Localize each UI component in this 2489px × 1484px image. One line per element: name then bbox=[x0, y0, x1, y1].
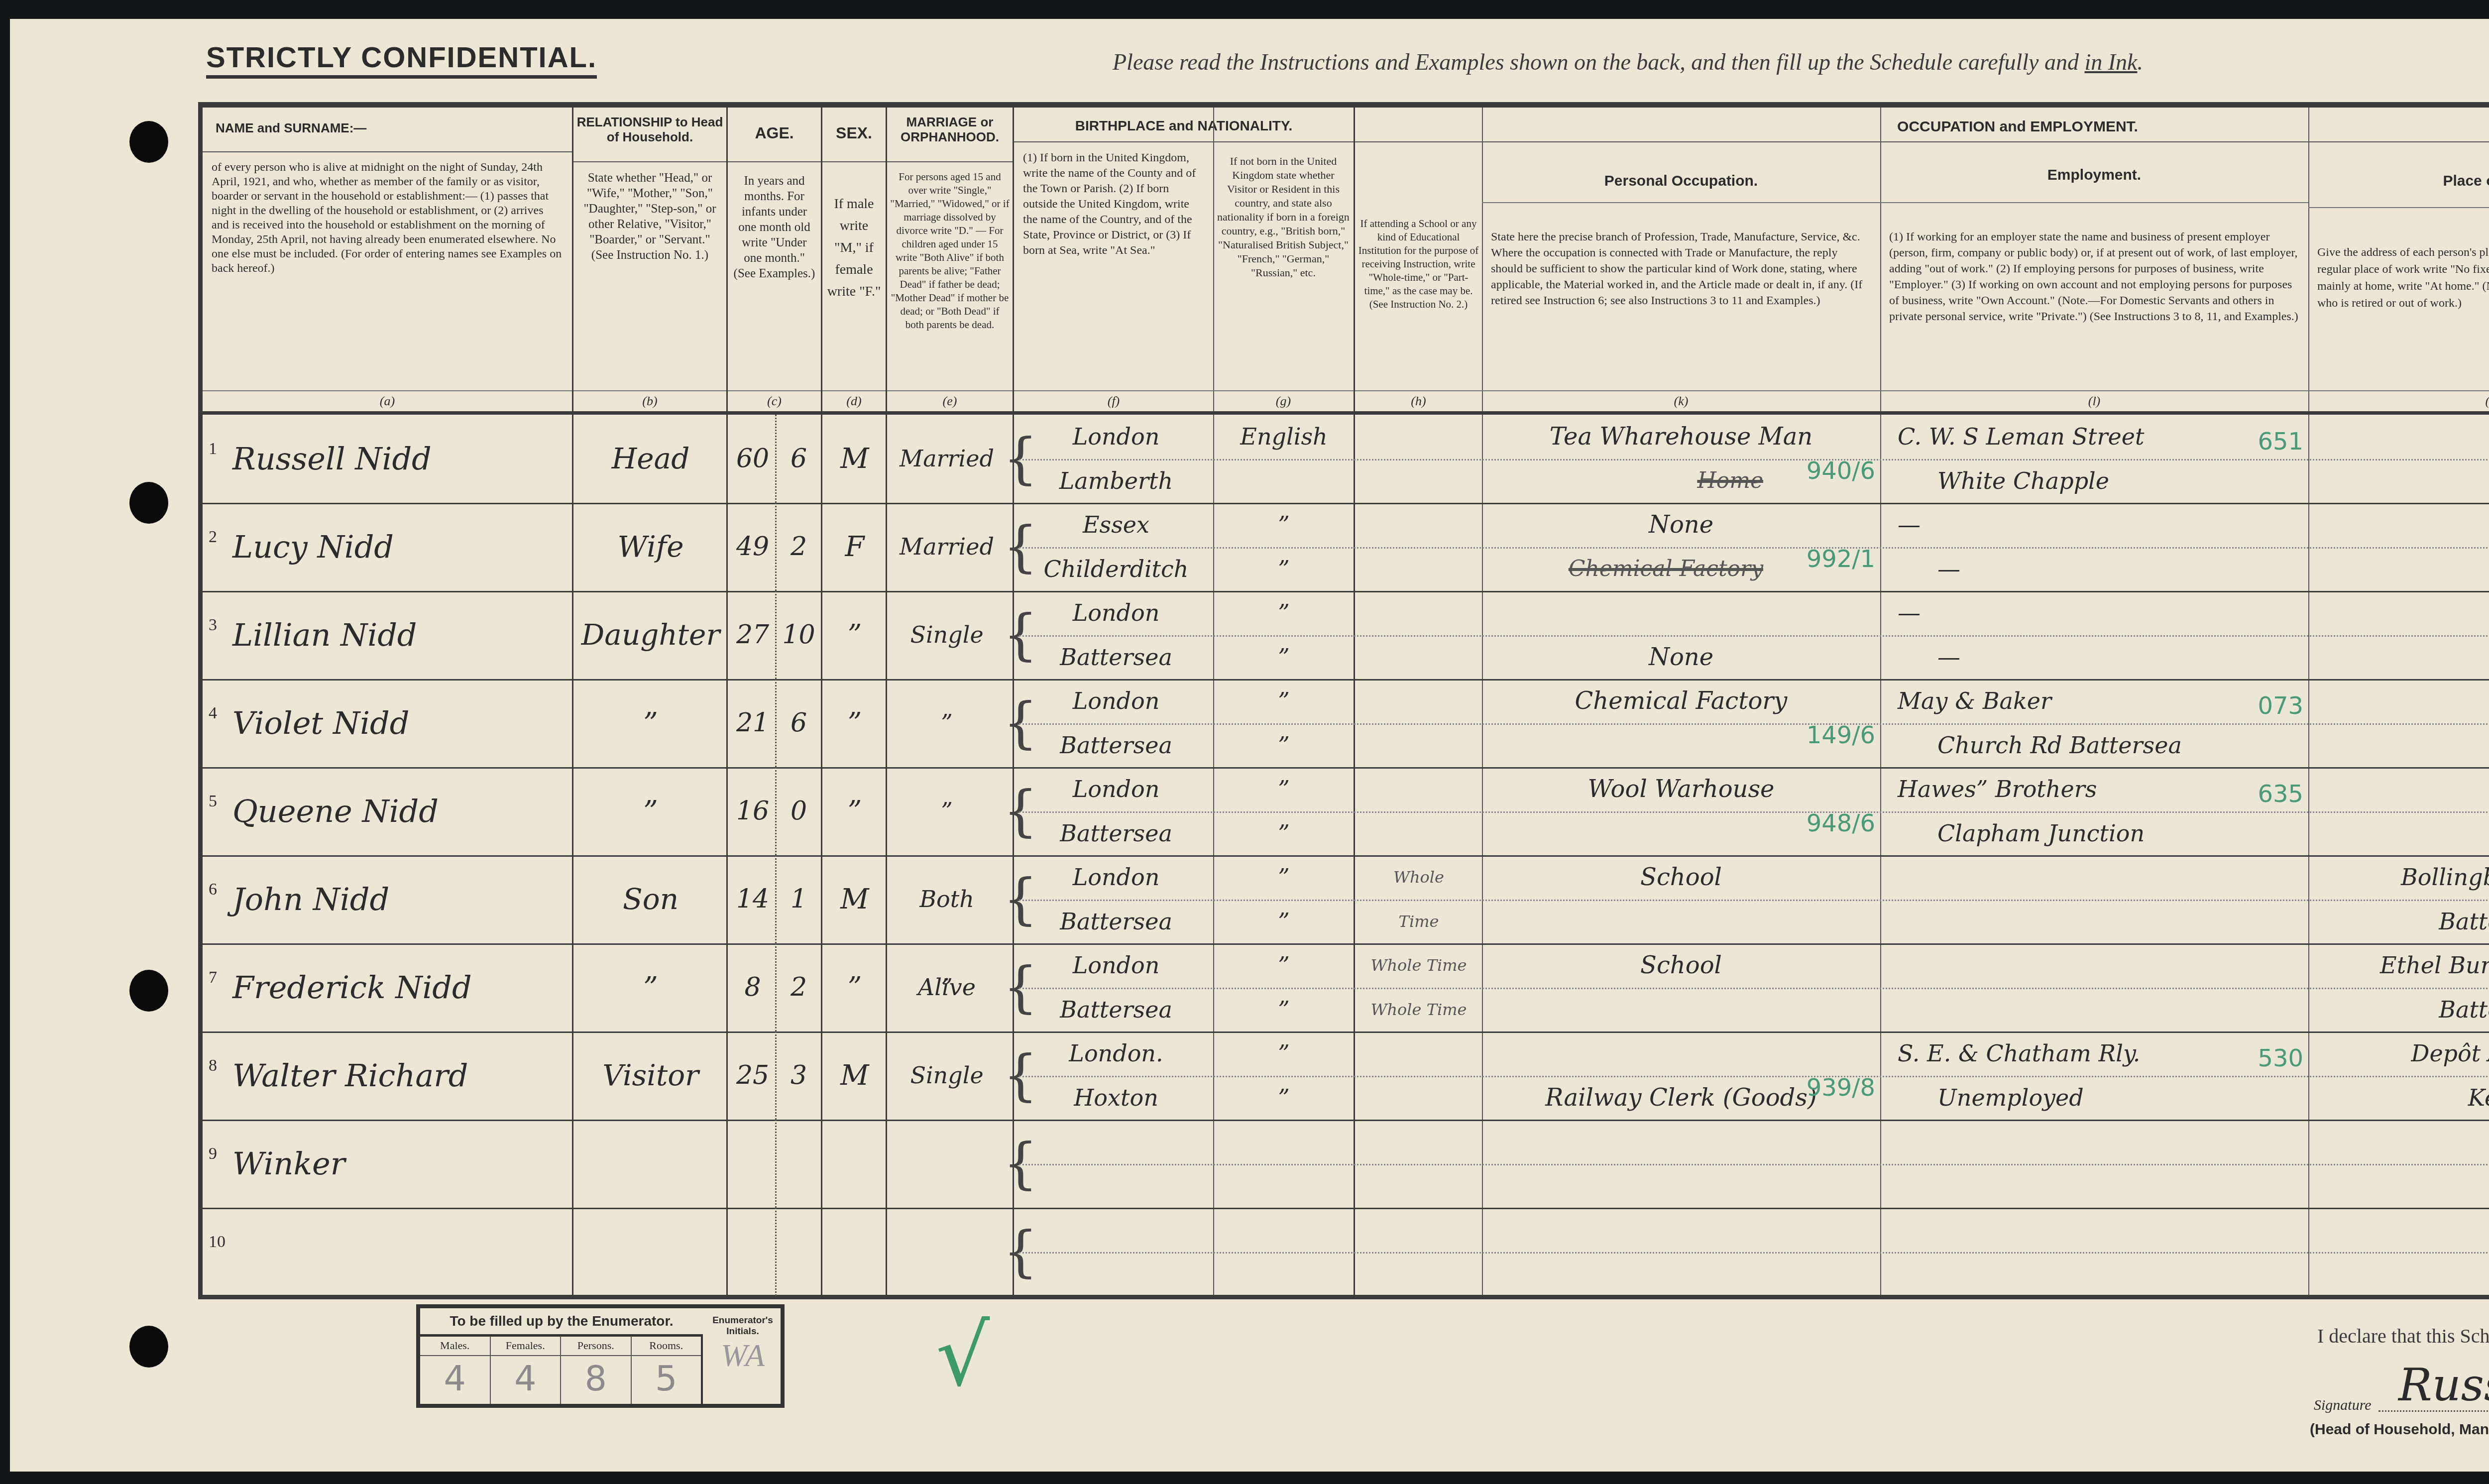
column-personal-occupation-title: Personal Occupation. bbox=[1482, 143, 1880, 203]
row-number: 9 bbox=[209, 1144, 217, 1163]
nationality-line1[interactable] bbox=[1214, 1120, 1354, 1164]
birthplace-line2[interactable] bbox=[1019, 1252, 1213, 1296]
column-letter: (f) bbox=[1014, 390, 1213, 411]
school-line2[interactable]: Time bbox=[1357, 900, 1481, 944]
household-row: 6John NiddSon141MBoth Alive{LondonBatter… bbox=[203, 855, 2489, 945]
instruction-end: . bbox=[2138, 49, 2144, 75]
place-line1[interactable] bbox=[2311, 415, 2489, 459]
nationality-line1[interactable]: ” bbox=[1214, 1031, 1354, 1076]
employment-code bbox=[2174, 860, 2303, 905]
brace-icon: { bbox=[1003, 503, 1013, 591]
brace-icon: { bbox=[1003, 943, 1013, 1031]
occupation-code: 948/6 bbox=[1766, 801, 1875, 846]
nationality-line1[interactable]: ” bbox=[1214, 855, 1354, 900]
school-line1[interactable] bbox=[1357, 503, 1481, 547]
employment-code bbox=[2174, 948, 2303, 993]
household-row: 8Walter Richard WinkerVisitor253MSingle{… bbox=[203, 1031, 2489, 1121]
school-line2[interactable] bbox=[1357, 547, 1481, 591]
nationality-line2[interactable]: ” bbox=[1214, 547, 1354, 591]
employment-line2[interactable]: White Chapple bbox=[1883, 459, 2361, 503]
sex-field[interactable]: M bbox=[825, 855, 885, 943]
birthplace-line1[interactable]: London bbox=[1019, 855, 1213, 900]
employment-line2[interactable]: Clapham Junction bbox=[1883, 811, 2361, 856]
nationality-line1[interactable]: ” bbox=[1214, 943, 1354, 988]
brace-icon: { bbox=[1003, 767, 1013, 855]
age-months-field[interactable]: 3 bbox=[778, 1031, 820, 1120]
marriage-field[interactable]: Married bbox=[890, 415, 1004, 503]
sex-field[interactable]: ” bbox=[825, 767, 885, 855]
occupation-code bbox=[1766, 978, 1875, 1022]
row-number: 5 bbox=[209, 792, 217, 811]
place-line2[interactable] bbox=[2311, 723, 2489, 768]
column-letter: (l) bbox=[1880, 390, 2308, 411]
brace-icon: { bbox=[1003, 1031, 1013, 1120]
enumerator-summary-box: To be filled up by the Enumerator. Males… bbox=[416, 1304, 785, 1408]
relationship-field[interactable]: Head bbox=[576, 415, 725, 503]
place-line2[interactable]: Battersea bbox=[2311, 988, 2489, 1032]
brace-icon: { bbox=[1003, 591, 1013, 679]
age-months-field[interactable] bbox=[778, 1120, 820, 1208]
age-years-field[interactable]: 21 bbox=[730, 679, 777, 767]
school-line1[interactable] bbox=[1357, 1208, 1481, 1252]
name-field[interactable]: John Nidd bbox=[232, 855, 571, 943]
brace-icon: { bbox=[1003, 415, 1013, 503]
row-number: 3 bbox=[209, 616, 217, 635]
column-sex-title: SEX. bbox=[822, 108, 886, 162]
declaration-text: I declare that this Schedule is correctl… bbox=[2317, 1324, 2489, 1348]
employment-code: 635 bbox=[2174, 772, 2303, 816]
employment-code: 073 bbox=[2174, 684, 2303, 728]
age-months-field[interactable]: 2 bbox=[778, 943, 820, 1031]
place-line2[interactable] bbox=[2311, 1252, 2489, 1296]
punch-hole bbox=[129, 970, 168, 1012]
fill-instructions: Please read the Instructions and Example… bbox=[1113, 49, 2143, 75]
males-value: 4 bbox=[420, 1356, 490, 1401]
nationality-line2[interactable]: ” bbox=[1214, 1076, 1354, 1120]
instruction-emphasis: in Ink bbox=[2084, 49, 2137, 75]
birthplace-line2[interactable] bbox=[1019, 1164, 1213, 1208]
employment-line2[interactable]: — bbox=[1883, 635, 2361, 680]
enumerator-initials-label: Enumerator's Initials. bbox=[705, 1308, 781, 1337]
enumerator-initials-field[interactable]: Enumerator's Initials. WA bbox=[705, 1308, 781, 1404]
age-years-field[interactable]: 49 bbox=[730, 503, 777, 591]
employment-code: 530 bbox=[2174, 1036, 2303, 1081]
age-years-field[interactable] bbox=[730, 1208, 777, 1296]
name-field[interactable]: Lucy Nidd bbox=[232, 503, 571, 591]
nationality-line2[interactable]: ” bbox=[1214, 811, 1354, 856]
birthplace-line1[interactable]: London bbox=[1019, 591, 1213, 635]
name-field[interactable] bbox=[232, 1120, 571, 1208]
brace-icon: { bbox=[1003, 855, 1013, 943]
nationality-line1[interactable] bbox=[1214, 1208, 1354, 1252]
age-months-field[interactable] bbox=[778, 1208, 820, 1296]
occupation-code bbox=[1766, 1154, 1875, 1198]
nationality-line2[interactable] bbox=[1214, 1252, 1354, 1296]
column-employment-title: Employment. bbox=[1880, 143, 2308, 203]
column-nationality-instructions: If not born in the United Kingdom state … bbox=[1213, 143, 1354, 291]
sex-field[interactable]: ” bbox=[825, 679, 885, 767]
marriage-field[interactable]: Married bbox=[890, 503, 1004, 591]
school-line2[interactable] bbox=[1357, 1164, 1481, 1208]
column-letter: (k) bbox=[1482, 390, 1880, 411]
nationality-line1[interactable]: ” bbox=[1214, 591, 1354, 635]
sex-field[interactable]: M bbox=[825, 1031, 885, 1120]
birthplace-line1[interactable] bbox=[1019, 1120, 1213, 1164]
place-line2[interactable] bbox=[2311, 459, 2489, 503]
enumerator-initials-value: WA bbox=[705, 1337, 781, 1374]
persons-label: Persons. bbox=[561, 1336, 631, 1356]
brace-icon: { bbox=[1003, 679, 1013, 767]
nationality-line1[interactable]: ” bbox=[1214, 679, 1354, 723]
column-place-of-work-instructions: Give the address of each person's place … bbox=[2308, 237, 2489, 319]
employment-code: 651 bbox=[2174, 420, 2303, 464]
birthplace-line1[interactable]: London. bbox=[1019, 1031, 1213, 1076]
females-field[interactable]: Females.4 bbox=[491, 1336, 562, 1404]
column-school-instructions: If attending a School or any kind of Edu… bbox=[1355, 207, 1482, 321]
column-letter: (e) bbox=[887, 390, 1013, 411]
females-value: 4 bbox=[491, 1356, 561, 1401]
relationship-field[interactable]: Son bbox=[576, 855, 725, 943]
birthplace-line1[interactable]: London bbox=[1019, 415, 1213, 459]
nationality-line1[interactable]: ” bbox=[1214, 503, 1354, 547]
place-line1[interactable] bbox=[2311, 1120, 2489, 1164]
relationship-field[interactable]: Daughter bbox=[576, 591, 725, 679]
relationship-field[interactable] bbox=[576, 1208, 725, 1296]
column-letter: (a) bbox=[203, 390, 572, 411]
relationship-field[interactable]: ” bbox=[576, 767, 725, 855]
employment-code bbox=[2174, 508, 2303, 552]
marriage-field[interactable]: ” bbox=[890, 679, 1004, 767]
brace-icon: { bbox=[1003, 1208, 1013, 1296]
place-line2[interactable] bbox=[2311, 811, 2489, 856]
punch-hole bbox=[129, 121, 168, 163]
relationship-field[interactable]: Wife bbox=[576, 503, 725, 591]
school-line1[interactable] bbox=[1357, 591, 1481, 635]
name-field[interactable]: Violet Nidd bbox=[232, 679, 571, 767]
occupation-code bbox=[1766, 890, 1875, 934]
column-age-instructions: In years and months. For infants under o… bbox=[728, 163, 821, 291]
column-relationship-instructions: State whether "Head," or "Wife," "Mother… bbox=[573, 163, 726, 270]
column-age-title: AGE. bbox=[728, 108, 821, 162]
rooms-value: 5 bbox=[632, 1356, 701, 1401]
persons-value: 8 bbox=[561, 1356, 631, 1401]
occupation-code: 939/8 bbox=[1766, 1066, 1875, 1110]
signature-caption: (Head of Household, Manager of Establish… bbox=[2310, 1421, 2489, 1438]
sex-field[interactable]: F bbox=[825, 503, 885, 591]
instruction-text: Please read the Instructions and Example… bbox=[1113, 49, 2084, 75]
column-marriage-title: MARRIAGE or ORPHANHOOD. bbox=[887, 108, 1013, 162]
occupation-code: 992/1 bbox=[1766, 537, 1875, 581]
page-title: STRICTLY CONFIDENTIAL. bbox=[206, 41, 597, 79]
age-years-field[interactable]: 60 bbox=[730, 415, 777, 503]
birthplace-line2[interactable]: Battersea bbox=[1019, 635, 1213, 680]
age-years-field[interactable]: 16 bbox=[730, 767, 777, 855]
name-field[interactable] bbox=[232, 1208, 571, 1296]
school-line2[interactable] bbox=[1357, 811, 1481, 856]
name-field[interactable]: Queene Nidd bbox=[232, 767, 571, 855]
column-letter: (m) bbox=[2308, 390, 2489, 411]
nationality-line2[interactable]: ” bbox=[1214, 635, 1354, 680]
age-years-field[interactable] bbox=[730, 1120, 777, 1208]
males-label: Males. bbox=[420, 1336, 490, 1356]
employment-code bbox=[2174, 1125, 2303, 1169]
place-line2[interactable] bbox=[2311, 1164, 2489, 1208]
signature-field[interactable]: Signature Russell Nidd bbox=[2314, 1359, 2489, 1419]
row-number: 6 bbox=[209, 880, 217, 899]
school-line1[interactable] bbox=[1357, 1031, 1481, 1076]
occupation-code: 940/6 bbox=[1766, 449, 1875, 493]
column-personal-occupation-instructions: State here the precise branch of Profess… bbox=[1482, 222, 1880, 316]
household-row: 7Frederick Nidd”82””{LondonBattersea””Wh… bbox=[203, 943, 2489, 1033]
column-birthplace-instructions: (1) If born in the United Kingdom, write… bbox=[1014, 143, 1213, 265]
name-field[interactable]: Lillian Nidd bbox=[232, 591, 571, 679]
employment-line2[interactable]: Unemployed bbox=[1883, 1076, 2361, 1120]
column-employment-instructions: (1) If working for an employer state the… bbox=[1880, 222, 2308, 332]
household-row: 3Lillian NiddDaughter2710”Single{LondonB… bbox=[203, 591, 2489, 681]
enumerator-summary-heading: To be filled up by the Enumerator. bbox=[420, 1308, 703, 1337]
birthplace-line2[interactable]: Childerditch bbox=[1019, 547, 1213, 591]
place-line1[interactable] bbox=[2311, 591, 2489, 635]
birthplace-line1[interactable]: Essex bbox=[1019, 503, 1213, 547]
school-line2[interactable] bbox=[1357, 1076, 1481, 1120]
place-line1[interactable] bbox=[2311, 679, 2489, 723]
row-number: 1 bbox=[209, 440, 217, 458]
nationality-line2[interactable]: ” bbox=[1214, 988, 1354, 1032]
place-line1[interactable] bbox=[2311, 503, 2489, 547]
school-line1[interactable] bbox=[1357, 679, 1481, 723]
age-months-field[interactable]: 10 bbox=[778, 591, 820, 679]
occupation-code bbox=[1766, 1242, 1875, 1286]
punch-hole bbox=[129, 482, 168, 524]
household-row: 1Russell NiddHead606MMarried{LondonLambe… bbox=[203, 415, 2489, 504]
birthplace-line2[interactable]: Battersea bbox=[1019, 900, 1213, 944]
column-letter: (h) bbox=[1355, 390, 1482, 411]
rooms-field[interactable]: Rooms.5 bbox=[632, 1336, 703, 1404]
school-line1[interactable]: Whole Time bbox=[1357, 943, 1481, 988]
marriage-field[interactable]: Both Alive bbox=[890, 855, 1004, 943]
birthplace-line1[interactable]: London bbox=[1019, 767, 1213, 811]
marriage-field[interactable]: Single bbox=[890, 1031, 1004, 1120]
place-line2[interactable] bbox=[2311, 547, 2489, 591]
age-years-field[interactable]: 25 bbox=[730, 1031, 777, 1120]
sex-field[interactable] bbox=[825, 1120, 885, 1208]
household-row: 5Queene Nidd”160””{LondonBattersea””Wool… bbox=[203, 767, 2489, 857]
school-line2[interactable] bbox=[1357, 723, 1481, 768]
birthplace-line2[interactable]: Hoxton bbox=[1019, 1076, 1213, 1120]
school-line1[interactable] bbox=[1357, 1120, 1481, 1164]
row-number: 2 bbox=[209, 528, 217, 547]
column-letter: (g) bbox=[1213, 390, 1354, 411]
age-months-field[interactable]: 0 bbox=[778, 767, 820, 855]
school-line1[interactable] bbox=[1357, 767, 1481, 811]
relationship-field[interactable]: ” bbox=[576, 943, 725, 1031]
rooms-label: Rooms. bbox=[632, 1336, 701, 1356]
marriage-field[interactable]: Single bbox=[890, 591, 1004, 679]
males-field[interactable]: Males.4 bbox=[420, 1336, 491, 1404]
place-line1[interactable]: Ethel Burger Street bbox=[2311, 943, 2489, 988]
sex-field[interactable]: ” bbox=[825, 591, 885, 679]
column-name-instructions: of every person who is alive at midnight… bbox=[203, 153, 572, 283]
household-row: 9{Under OneAge last birthday.12345678910… bbox=[203, 1120, 2489, 1209]
sex-field[interactable]: M bbox=[825, 415, 885, 503]
place-line2[interactable]: Battersea bbox=[2311, 900, 2489, 944]
relationship-field[interactable]: ” bbox=[576, 679, 725, 767]
nationality-line2[interactable]: ” bbox=[1214, 900, 1354, 944]
signature-value: Russell Nidd bbox=[2378, 1361, 2489, 1412]
place-line1[interactable]: Depôt Ashford bbox=[2311, 1031, 2489, 1076]
enumerator-summary-fields: Males.4 Females.4 Persons.8 Rooms.5 bbox=[420, 1336, 703, 1404]
column-relationship-title: RELATIONSHIP to Head of Household. bbox=[573, 108, 726, 162]
punch-hole bbox=[129, 1326, 168, 1368]
relationship-field[interactable]: Visitor bbox=[576, 1031, 725, 1120]
employment-line2[interactable] bbox=[1883, 900, 2361, 944]
name-field[interactable]: Walter Richard Winker bbox=[232, 1031, 571, 1120]
employment-line2[interactable]: Church Rd Battersea bbox=[1883, 723, 2361, 768]
checkmark-icon: √ bbox=[936, 1307, 990, 1405]
employment-line2[interactable] bbox=[1883, 1252, 2361, 1296]
age-years-field[interactable]: 8 bbox=[730, 943, 777, 1031]
age-years-field[interactable]: 27 bbox=[730, 591, 777, 679]
birthplace-line1[interactable]: London bbox=[1019, 943, 1213, 988]
marriage-field[interactable]: ” bbox=[890, 943, 1004, 1031]
place-line1[interactable]: Bollingbrook Rd bbox=[2311, 855, 2489, 900]
age-years-field[interactable]: 14 bbox=[730, 855, 777, 943]
employment-line2[interactable]: — bbox=[1883, 547, 2361, 591]
household-rows: 1Russell NiddHead606MMarried{LondonLambe… bbox=[203, 415, 2489, 1295]
persons-field[interactable]: Persons.8 bbox=[561, 1336, 632, 1404]
sex-field[interactable] bbox=[825, 1208, 885, 1296]
employment-line2[interactable] bbox=[1883, 1164, 2361, 1208]
row-number: 4 bbox=[209, 704, 217, 723]
place-line1[interactable] bbox=[2311, 767, 2489, 811]
nationality-line2[interactable] bbox=[1214, 1164, 1354, 1208]
column-letter: (c) bbox=[728, 390, 821, 411]
marriage-field[interactable] bbox=[890, 1208, 1004, 1296]
school-line2[interactable] bbox=[1357, 1252, 1481, 1296]
birthplace-line2[interactable]: Battersea bbox=[1019, 988, 1213, 1032]
employment-line2[interactable] bbox=[1883, 988, 2361, 1032]
column-sex-instructions: If male write "M," if female write "F." bbox=[822, 163, 886, 333]
place-line2[interactable] bbox=[2311, 635, 2489, 680]
header-divider bbox=[203, 411, 2489, 415]
nationality-line1[interactable]: ” bbox=[1214, 767, 1354, 811]
age-months-field[interactable]: 2 bbox=[778, 503, 820, 591]
column-place-of-work-title: Place of Work. bbox=[2308, 143, 2489, 208]
birthplace-line1[interactable] bbox=[1019, 1208, 1213, 1252]
school-line2[interactable] bbox=[1357, 459, 1481, 503]
column-name-title: NAME and SURNAME:— bbox=[203, 108, 572, 152]
age-months-field[interactable]: 6 bbox=[778, 679, 820, 767]
age-months-field[interactable]: 6 bbox=[778, 415, 820, 503]
signature-label: Signature bbox=[2314, 1397, 2372, 1414]
nationality-line2[interactable]: ” bbox=[1214, 723, 1354, 768]
birthplace-line2[interactable]: Battersea bbox=[1019, 811, 1213, 856]
school-line2[interactable]: Whole Time bbox=[1357, 988, 1481, 1032]
females-label: Females. bbox=[491, 1336, 561, 1356]
marriage-field[interactable] bbox=[890, 1120, 1004, 1208]
birthplace-line1[interactable]: London bbox=[1019, 679, 1213, 723]
household-row: 4Violet Nidd”216””{LondonBattersea””Chem… bbox=[203, 679, 2489, 769]
name-field[interactable]: Frederick Nidd bbox=[232, 943, 571, 1031]
nationality-line2[interactable] bbox=[1214, 459, 1354, 503]
birthplace-line2[interactable]: Lamberth bbox=[1019, 459, 1213, 503]
column-letter: (d) bbox=[822, 390, 886, 411]
row-number: 10 bbox=[209, 1233, 226, 1252]
occupation-code bbox=[1766, 625, 1875, 670]
row-number: 8 bbox=[209, 1056, 217, 1075]
school-line2[interactable] bbox=[1357, 635, 1481, 680]
relationship-field[interactable] bbox=[576, 1120, 725, 1208]
occupation-code: 149/6 bbox=[1766, 713, 1875, 758]
school-line1[interactable]: Whole bbox=[1357, 855, 1481, 900]
nationality-line1[interactable]: English bbox=[1214, 415, 1354, 459]
column-marriage-instructions: For persons aged 15 and over write "Sing… bbox=[887, 163, 1013, 339]
row-number: 7 bbox=[209, 968, 217, 987]
column-letter: (b) bbox=[573, 390, 726, 411]
birthplace-line2[interactable]: Battersea bbox=[1019, 723, 1213, 768]
age-months-field[interactable]: 1 bbox=[778, 855, 820, 943]
household-row: 10{Under OneAge last birthday.1234567891… bbox=[203, 1208, 2489, 1297]
marriage-field[interactable]: ” bbox=[890, 767, 1004, 855]
brace-icon: { bbox=[1003, 1120, 1013, 1208]
place-line2[interactable]: Kent bbox=[2311, 1076, 2489, 1120]
employment-code bbox=[2174, 1213, 2303, 1257]
school-line1[interactable] bbox=[1357, 415, 1481, 459]
household-row: 2Lucy NiddWife492FMarried{EssexChilderdi… bbox=[203, 503, 2489, 592]
name-field[interactable]: Russell Nidd bbox=[232, 415, 571, 503]
schedule-table: NAME and SURNAME:— of every person who i… bbox=[198, 102, 2489, 1299]
sex-field[interactable]: ” bbox=[825, 943, 885, 1031]
place-line1[interactable] bbox=[2311, 1208, 2489, 1252]
employment-code bbox=[2174, 596, 2303, 640]
